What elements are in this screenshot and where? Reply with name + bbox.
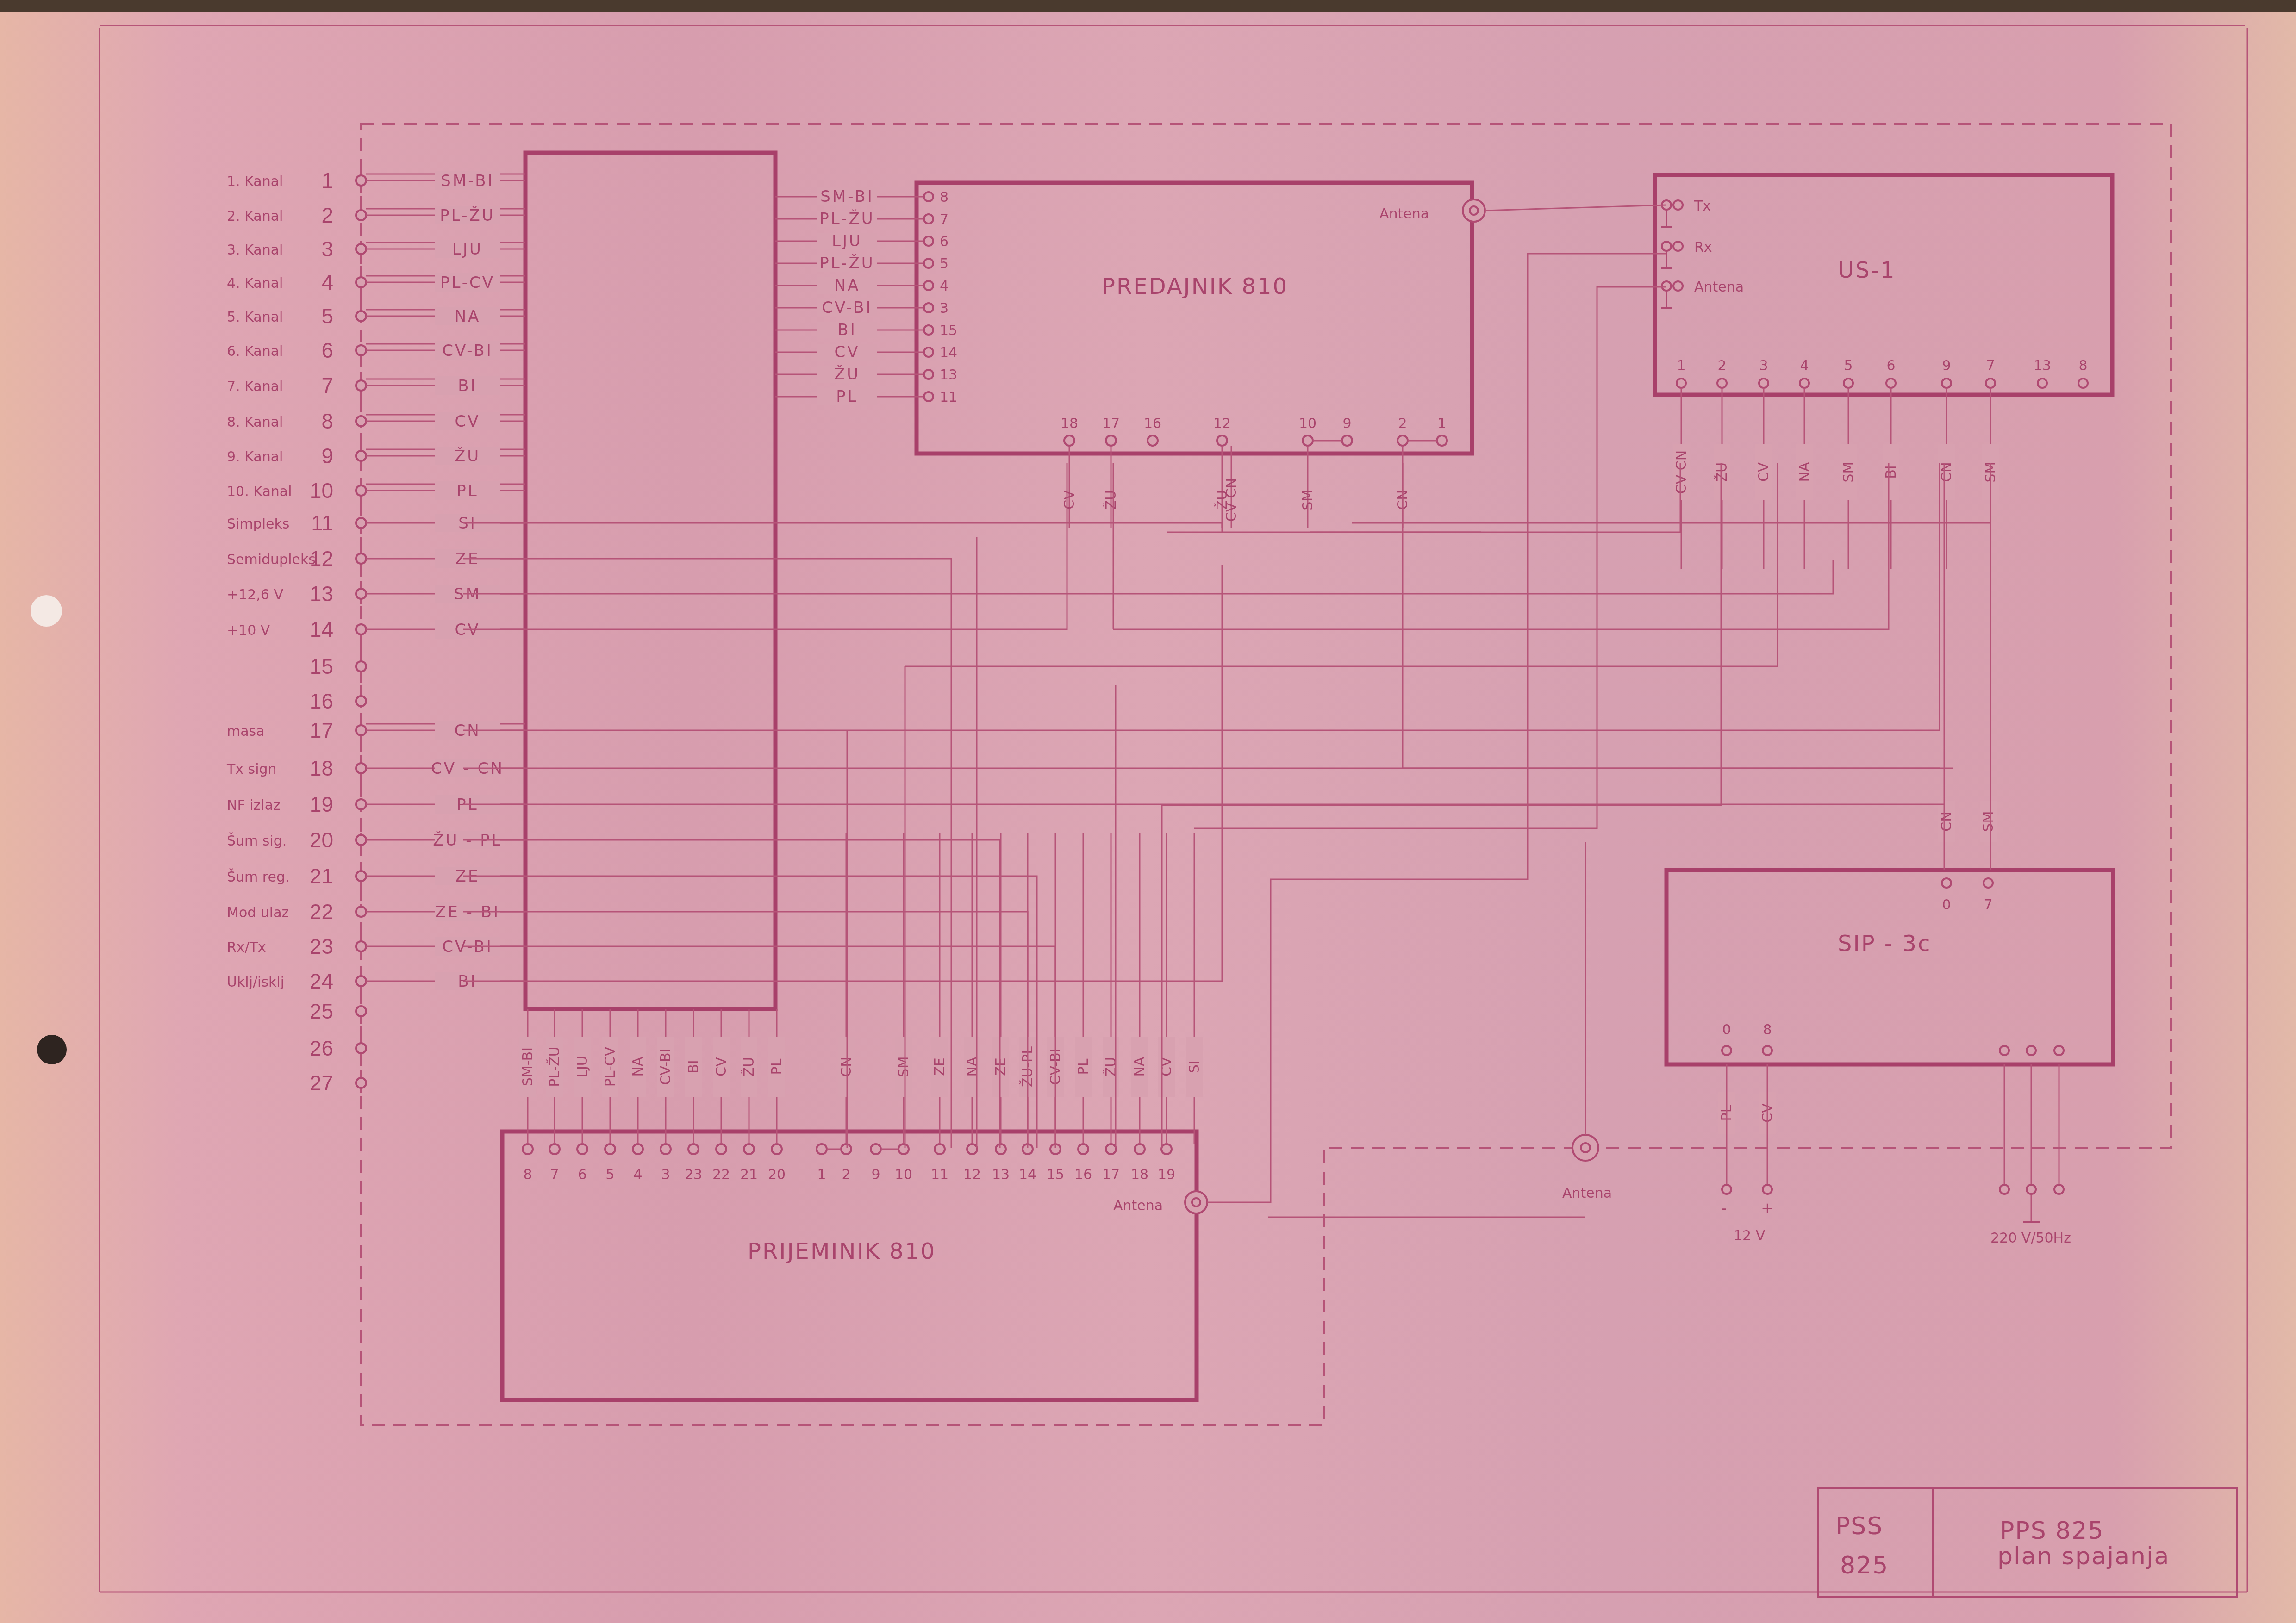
terminal-screw[interactable] [356,380,366,391]
terminal-number: 21 [310,864,333,888]
predajnik-wire-label: PL-ŽU [819,254,874,273]
prijemnik-pin[interactable] [523,1144,533,1154]
prijemnik-pin-number: 5 [605,1167,614,1183]
sip-mains-pin[interactable] [2054,1046,2064,1055]
prijemnik-pin[interactable] [841,1144,851,1154]
predajnik-bottom-wire-label: ŽU [1103,490,1119,510]
us1-title: US-1 [1838,257,1896,283]
terminal-number: 11 [311,511,333,535]
predajnik-bottom-pin-number: 1 [1437,416,1446,432]
terminal-screw[interactable] [356,311,366,321]
prijemnik-pin-number: 4 [633,1167,642,1183]
us1-pin[interactable] [1759,379,1768,388]
terminal-screw[interactable] [356,1043,366,1053]
prijemnik-pin[interactable] [716,1144,726,1154]
sip-pins: 0CN7SM0PL8CV [1718,801,2064,1134]
us1-ports: TxRxAntena [1661,198,1744,308]
prijemnik-wire-label: BI [686,1060,702,1073]
us1-port-label: Rx [1694,239,1712,255]
predajnik-wire-label: CV-BI [822,298,872,317]
terminal-function-label: +10 V [227,622,270,639]
terminal-number: 22 [310,900,333,924]
terminal-function-label: +12,6 V [227,587,283,603]
prijemnik-pin[interactable] [549,1144,560,1154]
predajnik-bottom-pin-number: 10 [1299,416,1316,432]
wire-color-label: SM-BI [441,172,494,190]
terminal-number: 18 [310,756,333,780]
prijemnik-wire-label: PL [769,1058,785,1075]
prijemnik-wire-label: SM [896,1057,912,1077]
us1-bottom-pins: 12345697138CV CNŽUCVNASMBICNSM [1673,358,2088,569]
terminal-number: 4 [321,270,333,294]
predajnik-wire-label: SM-BI [820,187,873,206]
prijemnik-pin-number: 11 [931,1167,948,1183]
terminal-number: 23 [310,934,333,958]
wire-segment [463,560,1833,594]
us1-pin[interactable] [1986,379,1995,388]
prijemnik-pin[interactable] [898,1144,909,1154]
predajnik-pin-number: 13 [940,367,957,383]
cable-harness [525,153,775,1009]
prijemnik-wire-label: CV [713,1057,730,1076]
predajnik-pin-number: 11 [940,389,957,405]
predajnik-antenna-label: Antena [1379,206,1429,222]
terminal-number: 7 [321,373,333,398]
terminal-number: 13 [310,582,333,606]
predajnik-bottom-pin-number: 17 [1102,416,1120,432]
us1-pin-number: 6 [1886,358,1895,374]
plus-sign: + [1761,1199,1776,1218]
prijemnik-pin-number: 22 [712,1167,730,1183]
prijemnik-pin[interactable] [1135,1144,1145,1154]
prijemnik-pin[interactable] [996,1144,1006,1154]
terminal-screw[interactable] [356,907,366,917]
predajnik-pin-number: 4 [940,278,948,294]
us1-port-connector[interactable] [1662,242,1671,251]
antenna-connector-core-icon [1470,206,1478,215]
us1-wire-label: CV CN [1673,450,1690,494]
sip-top-wire-label: CN [1939,811,1955,831]
predajnik-bottom-pins: 1817161210921CVŽUŽUCV CNSMCN [1061,416,1447,528]
predajnik-pin-number: 7 [940,211,948,228]
sip-bottom-pin[interactable] [1763,1046,1772,1055]
wire-color-label: PL-CV [440,274,495,292]
predajnik-pin[interactable] [924,325,933,335]
sip-bottom-pin[interactable] [1722,1046,1731,1055]
us1-wire-label: NA [1797,462,1813,482]
antenna-connector-core-icon [1581,1143,1590,1152]
prijemnik-pin[interactable] [935,1144,945,1154]
us1-pin-number: 3 [1759,358,1768,374]
terminal-function-label: 1. Kanal [227,174,283,190]
prijemnik-pin[interactable] [1106,1144,1116,1154]
wire-color-label: PL-ŽU [440,206,495,225]
wire-color-label: BI [458,377,477,395]
doc-code-top: PSS [1835,1512,1883,1540]
terminal-screw[interactable] [356,871,366,881]
prijemnik-wire-label: SI [1186,1060,1203,1073]
terminal-number: 26 [310,1036,333,1060]
wire-segment [1167,463,1680,532]
prijemnik-pin-number: 12 [963,1167,981,1183]
wire-color-label: CV-BI [442,342,493,360]
terminal-function-label: 2. Kanal [227,208,283,224]
terminal-screw[interactable] [356,835,366,845]
sip-top-wire-label: SM [1980,811,1997,832]
prijemnik-wire-label: PL-ŽU [546,1046,563,1087]
wire-segment [1162,463,1721,805]
predajnik-bottom-pin-number: 18 [1061,416,1078,432]
terminal-number: 25 [310,999,333,1023]
terminal-number: 12 [310,547,333,571]
prijemnik-wire-label: LJU [574,1056,591,1078]
prijemnik-wire-label: ŽU [741,1057,757,1077]
predajnik-bottom-wire-label: SM [1300,490,1316,510]
wire-segment [463,565,1222,981]
us1-wire-label: CV [1756,462,1772,482]
us1-port-connector[interactable] [1673,281,1683,291]
prijemnik-wire-label: NA [1132,1057,1148,1076]
terminal-number: 2 [321,203,333,227]
wire-segment [1403,463,1940,768]
us1-pin[interactable] [1800,379,1809,388]
prijemnik-pin-number: 8 [523,1167,532,1183]
terminal-strip: 1. Kanal1SM-BI2. Kanal2PL-ŽU3. Kanal3LJU… [226,168,525,1095]
prijemnik-pin[interactable] [633,1144,643,1154]
terminal-screw[interactable] [356,976,366,986]
terminal-screw[interactable] [356,244,366,254]
terminal-function-label: 4. Kanal [227,275,283,292]
enclosure-outline [361,124,2171,1425]
terminal-number: 20 [310,828,333,852]
terminal-screw[interactable] [356,345,366,355]
predajnik-pin-number: 15 [940,323,957,339]
predajnik-pin[interactable] [924,348,933,357]
sip-mains-pin[interactable] [2027,1046,2036,1055]
terminal-number: 9 [321,444,333,468]
prijemnik-wire-label: PL [1075,1058,1092,1075]
us1-pin-number: 8 [2078,358,2087,374]
wire-segment [463,523,1222,532]
terminal-number: 19 [310,792,333,816]
us1-pin[interactable] [1886,379,1896,388]
prijemnik-pin-number: 17 [1102,1167,1120,1183]
prijemnik-wire-label: NA [964,1057,980,1076]
us1-port-label: Tx [1694,198,1711,214]
prijemnik-pin[interactable] [688,1144,699,1154]
us1-wire-label: SM [1841,462,1857,483]
predajnik-pin[interactable] [924,259,933,268]
us1-port-connector[interactable] [1673,200,1683,210]
predajnik-pin[interactable] [924,281,933,290]
sip-top-pin-number: 0 [1942,897,1951,913]
punch-hole [37,1035,67,1064]
predajnik-bottom-pin[interactable] [1217,435,1227,446]
prijemnik-antenna-label: Antena [1113,1198,1163,1214]
terminal-screw[interactable] [356,210,366,220]
supply-12v-label: 12 V [1734,1228,1766,1244]
terminal-function-label: Simpleks [227,516,289,532]
terminal-screw[interactable] [356,175,366,186]
title-block: PSS 825 PPS 825 plan spajanja [1818,1488,2237,1597]
us1-pin-number: 1 [1677,358,1685,374]
terminal-screw[interactable] [356,589,366,599]
prijemnik-wire-label: NA [630,1057,646,1076]
terminal-function-label: 7. Kanal [227,379,283,395]
wire-antenna-tx [1485,205,1666,211]
prijemnik-pin-number: 2 [842,1167,850,1183]
terminal-number: 1 [321,168,333,193]
us1-pin-number: 2 [1717,358,1726,374]
doc-subtitle: plan spajanja [1997,1542,2170,1570]
prijemnik-pin[interactable] [1161,1144,1172,1154]
predajnik-pin-number: 8 [940,189,948,205]
us1-port-connector[interactable] [1673,242,1683,251]
terminal-function-label: Uklj/isklj [227,974,284,990]
terminal-function-label: Tx sign [226,761,277,777]
us1-pin-number: 9 [1942,358,1951,374]
prijemnik-pin[interactable] [605,1144,615,1154]
interconnect-wires [463,254,2059,1222]
predajnik-bottom-pin-number: 9 [1342,416,1351,432]
predajnik-pin-number: 5 [940,256,948,272]
prijemnik-wire-label: CV [1159,1057,1175,1076]
supply-12v-plus-terminal[interactable] [1763,1185,1772,1194]
terminal-screw[interactable] [356,518,366,528]
predajnik-bottom-pin[interactable] [1437,435,1447,446]
terminal-screw[interactable] [356,725,366,735]
predajnik-bottom-pin[interactable] [1342,435,1352,446]
predajnik-pin-number: 6 [940,234,948,250]
sip-top-pin[interactable] [1984,878,1993,888]
wire-color-label: ŽU [455,447,480,466]
sip-title: SIP - 3c [1838,931,1931,957]
supply-ac-label: 220 V/50Hz [1990,1230,2071,1246]
sip-top-pin-number: 7 [1984,897,1992,913]
terminal-screw[interactable] [356,277,366,287]
terminal-function-label: 9. Kanal [227,449,283,465]
antenna-connector-core-icon [1192,1198,1200,1206]
terminal-number: 14 [310,617,333,641]
us1-pin[interactable] [1942,379,1951,388]
prijemnik-pin[interactable] [871,1144,881,1154]
us1-pin[interactable] [1677,379,1686,388]
predajnik-pin-number: 3 [940,300,948,317]
predajnik-wire-label: LJU [832,232,862,250]
predajnik-pin[interactable] [924,370,933,379]
sip-top-pin[interactable] [1942,878,1951,888]
punch-hole [31,595,62,627]
terminal-function-label: NF izlaz [227,797,281,814]
doc-title: PPS 825 [2000,1517,2104,1545]
prijemnik-pin[interactable] [817,1144,827,1154]
wire-segment [1194,287,1666,828]
terminal-number: 16 [310,689,333,713]
terminal-function-label: 3. Kanal [227,242,283,258]
terminal-function-label: Rx/Tx [227,939,266,956]
doc-code-bottom: 825 [1840,1552,1889,1579]
us1-pin[interactable] [2078,379,2088,388]
minus-sign: - [1721,1199,1728,1218]
predajnik-pin-number: 14 [940,345,957,361]
terminal-screw[interactable] [356,451,366,461]
terminal-function-label: 5. Kanal [227,309,283,325]
sip-box [1666,870,2113,1064]
prijemnik-pin-number: 16 [1074,1167,1092,1183]
terminal-number: 5 [321,304,333,328]
terminal-function-label: 6. Kanal [227,343,283,360]
prijemnik-pin-number: 18 [1131,1167,1148,1183]
wiring-diagram: 1. Kanal1SM-BI2. Kanal2PL-ŽU3. Kanal3LJU… [0,0,2296,1623]
terminal-screw[interactable] [356,485,366,496]
prijemnik-pin-number: 3 [661,1167,670,1183]
predajnik-wire-label: ŽU [834,365,860,384]
predajnik-bottom-pin-number: 2 [1398,416,1407,432]
predajnik-box [917,183,1472,454]
us1-pin-number: 5 [1844,358,1853,374]
supply-ac-ground-terminal[interactable] [2027,1185,2036,1194]
terminal-screw[interactable] [356,416,366,426]
sip-bottom-pin-number: 8 [1763,1022,1772,1038]
terminal-number: 3 [321,237,333,261]
predajnik-bottom-pin-number: 16 [1144,416,1161,432]
terminal-function-label: Šum reg. [227,868,290,885]
predajnik-pin[interactable] [924,303,933,312]
prijemnik-title: PRIJEMINIK 810 [748,1238,936,1264]
predajnik-wire-label: PL-ŽU [819,209,874,228]
predajnik-wire-label: PL [836,387,858,406]
prijemnik-pin-number: 20 [768,1167,786,1183]
terminal-screw[interactable] [356,624,366,634]
terminal-number: 6 [321,338,333,362]
us1-port-connector[interactable] [1662,281,1671,291]
us1-pin[interactable] [2038,379,2047,388]
prijemnik-pin-number: 21 [740,1167,758,1183]
supply-ac-terminal[interactable] [2000,1185,2009,1194]
us1-pin-number: 4 [1800,358,1809,374]
terminal-function-label: Šum sig. [227,832,287,849]
prijemnik-pin-number: 7 [550,1167,559,1183]
predajnik-wire-label: BI [837,321,856,339]
terminal-function-label: 10. Kanal [227,484,292,500]
terminal-function-label: Semidupleks [227,552,316,568]
prijemnik-pin-number: 14 [1019,1167,1036,1183]
prijemnik-wire-label: ZE [932,1057,948,1076]
predajnik-bottom-pin[interactable] [1303,435,1313,446]
external-antenna-label: Antena [1562,1185,1612,1201]
predajnik-bottom-pin[interactable] [1398,435,1408,446]
predajnik-wire-label: NA [834,276,861,295]
predajnik-bottom-pin[interactable] [1064,435,1074,446]
terminal-screw[interactable] [356,553,366,564]
terminal-function-label: Mod ulaz [227,905,289,921]
wire-segment [463,463,1940,730]
prijemnik-pin[interactable] [772,1144,782,1154]
terminal-number: 15 [310,654,333,678]
prijemnik-pin-number: 10 [895,1167,912,1183]
prijemnik-pin[interactable] [577,1144,587,1154]
terminal-screw[interactable] [356,696,366,706]
wire-color-label: PL [456,482,478,500]
prijemnik-pin-number: 13 [992,1167,1010,1183]
us1-pin-number: 7 [1986,358,1995,374]
predajnik-bottom-pin[interactable] [1148,435,1158,446]
predajnik-bottom-wire-label: CV CN [1223,478,1240,522]
prijemnik-pin-number: 1 [817,1167,826,1183]
wire-color-label: NA [455,307,481,326]
us1-pin[interactable] [1717,379,1727,388]
terminal-screw[interactable] [356,1006,366,1016]
prijemnik-wire-label: ZE [993,1057,1009,1076]
supply-terminals: - + 12 V 220 V/50Hz [1721,1185,2071,1246]
terminal-number: 17 [310,718,333,742]
prijemnik-pin-number: 6 [578,1167,586,1183]
predajnik-bottom-pin[interactable] [1106,435,1116,446]
predajnik-title: PREDAJNIK 810 [1102,274,1288,299]
sip-mains-pin[interactable] [2000,1046,2009,1055]
predajnik-bottom-wire-label: CV [1061,490,1078,510]
prijemnik-pin-number: 23 [685,1167,702,1183]
prijemnik-pin[interactable] [661,1144,671,1154]
terminal-number: 8 [321,409,333,433]
terminal-screw[interactable] [356,1078,366,1088]
wire-segment [463,840,1000,1148]
predajnik-pin[interactable] [924,214,933,224]
prijemnik-pin-number: 19 [1158,1167,1175,1183]
terminal-function-label: masa [227,723,265,740]
terminal-function-label: 8. Kanal [227,414,283,430]
terminal-screw[interactable] [356,941,366,951]
terminal-number: 24 [310,969,333,993]
predajnik-pin[interactable] [924,236,933,246]
terminal-screw[interactable] [356,799,366,809]
predajnik-left-pins: SM-BI8PL-ŽU7LJU6PL-ŽU5NA4CV-BI3BI15CV14Ž… [775,187,957,406]
supply-12v-minus-terminal[interactable] [1722,1185,1731,1194]
supply-ac-terminal[interactable] [2054,1185,2064,1194]
predajnik-pin[interactable] [924,192,933,201]
prijemnik-wire-label: PL-CV [602,1046,618,1087]
terminal-screw[interactable] [356,763,366,773]
wire-color-label: CV [455,412,480,431]
terminal-screw[interactable] [356,661,366,672]
terminal-number: 10 [310,479,333,503]
prijemnik-pin-number: 15 [1047,1167,1064,1183]
predajnik-bottom-pin-number: 12 [1213,416,1231,432]
prijemnik-wire-label: SM-BI [520,1047,536,1086]
prijemnik-pin-number: 9 [871,1167,880,1183]
us1-port-label: Antena [1694,279,1744,295]
us1-pin[interactable] [1844,379,1853,388]
predajnik-pin[interactable] [924,392,933,401]
terminal-number: 27 [310,1071,333,1095]
wire-segment [463,559,951,1148]
prijemnik-wire-label: ŽU [1103,1057,1119,1077]
us1-wire-label: ŽU [1714,462,1730,482]
us1-pin-number: 13 [2034,358,2051,374]
prijemnik-wire-label: CV-BI [658,1049,674,1085]
prijemnik-pin[interactable] [1078,1144,1088,1154]
prijemnik-pin[interactable] [744,1144,754,1154]
wire-color-label: LJU [452,240,483,259]
predajnik-wire-label: CV [835,343,860,361]
us1-wire-label: BI [1883,465,1899,479]
sip-bottom-pin-number: 0 [1722,1022,1731,1038]
wire-segment [905,463,1778,666]
us1-wire-label: CN [1939,462,1955,482]
prijemnik-pin[interactable] [967,1144,977,1154]
